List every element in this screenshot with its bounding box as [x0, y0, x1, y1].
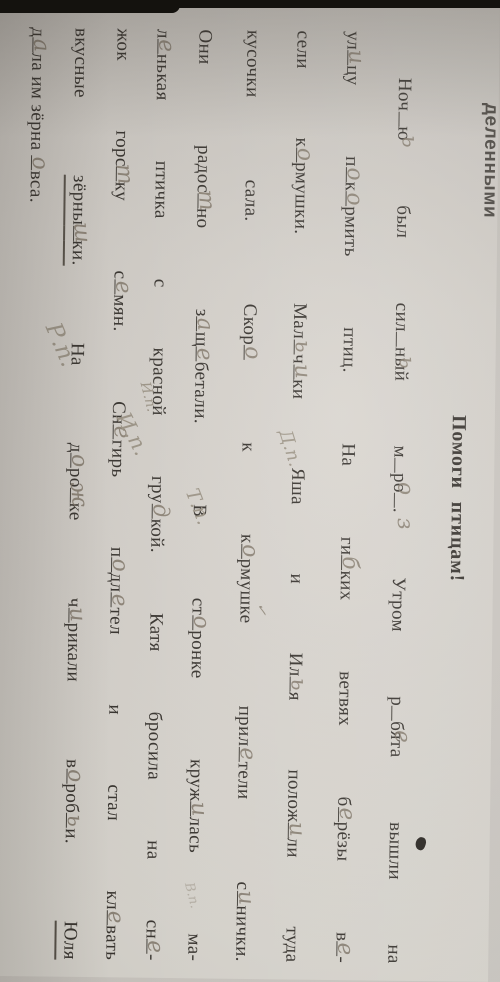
fill-in-blank: е	[338, 807, 353, 822]
text-line: улицу покормить птиц. На гибких ветвях б…	[327, 31, 364, 963]
handwritten-letter: е	[235, 746, 258, 761]
fill-in-blank: е	[157, 39, 172, 54]
fill-in-blank: е	[146, 939, 161, 954]
handwritten-letter: и	[233, 890, 256, 907]
fill-in-blank: о	[241, 544, 256, 559]
text-line: Ночью был сильный мороз. Утром ребята вы…	[379, 32, 416, 964]
fill-in-blank: е	[114, 279, 129, 294]
hand-underlined-text: зёрны	[63, 175, 90, 226]
text-line: ленькая птичка с красной грудкой. Катя б…	[137, 29, 174, 961]
fill-in-blank: о	[346, 167, 361, 182]
fill-in-blank: о	[66, 768, 81, 783]
fill-in-blank: т	[116, 167, 131, 182]
handwritten-letter: и	[65, 607, 88, 624]
fill-in-blank: е	[111, 592, 126, 607]
handwritten-letter: о	[27, 155, 50, 171]
fill-in-blank: и	[288, 822, 303, 837]
handwritten-letter: а	[29, 37, 52, 53]
fill-in-blank: о	[345, 191, 360, 206]
handwritten-letter: е	[103, 910, 126, 925]
fill-in-blank: д	[152, 504, 167, 519]
hand-underlined-text: Юля	[54, 921, 80, 960]
handwritten-letter: е	[386, 683, 413, 744]
handwritten-letter: и	[290, 363, 313, 380]
handwritten-letter: д	[148, 503, 171, 519]
exercise-title: Помоги птицам!	[440, 32, 474, 964]
handwritten-letter: ш	[69, 221, 93, 244]
fill-in-blank: о	[111, 557, 126, 572]
handwritten-letter: ь	[393, 89, 420, 149]
fill-in-blank: б	[341, 555, 356, 570]
fill-in-blank: ь	[290, 677, 305, 692]
handwritten-letter: о	[240, 345, 263, 361]
handwritten-letter: о	[342, 191, 365, 207]
handwritten-letter: и	[344, 49, 367, 66]
handwritten-letter: ь	[62, 814, 85, 828]
fill-in-blank: ь	[398, 111, 413, 126]
ink-blot	[414, 836, 428, 852]
fill-in-blank: з	[394, 493, 409, 508]
text-line: дала им зёрна овса.	[12, 27, 49, 959]
handwritten-letter: о	[342, 166, 365, 182]
photo-frame: деленными Помоги птицам! Ночью был сильн…	[0, 0, 500, 982]
handwritten-letter: ж	[66, 482, 90, 509]
handwritten-letter: о	[293, 147, 316, 163]
cut-off-instruction-text: деленными	[478, 103, 500, 219]
fill-in-blank: ж	[70, 488, 85, 503]
fill-in-blank: ш	[73, 225, 88, 240]
fill-in-blank: о	[296, 147, 311, 162]
fill-in-blank: а	[196, 317, 211, 332]
handwritten-letter: е	[107, 592, 130, 607]
fill-in-blank: и	[293, 364, 308, 379]
handwritten-letter: о	[189, 615, 212, 631]
handwritten-letter: е	[111, 279, 134, 294]
fill-in-blank: а	[32, 37, 47, 52]
handwritten-letter: т	[112, 163, 136, 186]
text-line: сели кормушки. Мальчики Яша и Илья полож…	[277, 30, 314, 962]
fill-in-blank: и	[237, 890, 252, 905]
handwritten-letter: е	[154, 39, 177, 54]
handwritten-letter: е	[143, 939, 166, 954]
fill-in-blank: ь	[294, 339, 309, 354]
fill-in-blank: т	[197, 193, 212, 208]
fill-in-blank: и	[68, 608, 83, 623]
handwritten-letter: ь	[390, 309, 417, 369]
handwritten-letter: е	[333, 941, 356, 956]
fill-in-blank: ь	[66, 813, 81, 828]
fill-in-blank: о	[70, 453, 85, 468]
handwritten-letter: е	[334, 807, 357, 822]
fill-in-blank: ь	[396, 332, 411, 347]
text-line: кусочки сала. Скоро к кормушке прилетели…	[227, 30, 264, 962]
fill-in-blank: о	[31, 156, 46, 171]
handwritten-letter: о	[238, 543, 261, 559]
fill-in-blank: е	[336, 941, 351, 956]
handwritten-letter: и	[284, 822, 307, 839]
fill-in-blank: е	[391, 706, 406, 721]
text-line: вкусные зёрнышки. На дорожке чирикали во…	[55, 28, 92, 960]
text-line: жок горстку семян. Снегирь подлетел и ст…	[97, 28, 134, 960]
fill-in-blank: е	[196, 347, 211, 362]
handwritten-letter: о	[107, 557, 130, 573]
handwritten-letter: т	[194, 189, 218, 212]
handwritten-letter: о	[63, 768, 86, 784]
fill-in-blank: и	[347, 50, 362, 65]
handwritten-letter: о	[67, 453, 90, 469]
fill-in-blank: е	[239, 747, 254, 762]
handwritten-letter: ь	[286, 677, 309, 691]
fill-in-blank: о	[244, 345, 259, 360]
textbook-page: деленными Помоги птицам! Ночью был сильн…	[0, 0, 500, 982]
handwritten-letter: ь	[290, 340, 313, 354]
handwritten-letter: б	[338, 555, 361, 571]
hand-underlined-text: ш	[63, 225, 89, 240]
pencil-checkmark: ✓	[254, 602, 270, 616]
handwritten-letter: е	[192, 347, 215, 362]
fill-in-blank: и	[190, 801, 205, 816]
photo-dark-corner	[0, 0, 180, 13]
handwritten-letter: а	[192, 317, 215, 333]
fill-in-blank: е	[107, 910, 122, 925]
handwritten-letter: и	[186, 801, 209, 818]
fill-in-blank: о	[192, 615, 207, 630]
